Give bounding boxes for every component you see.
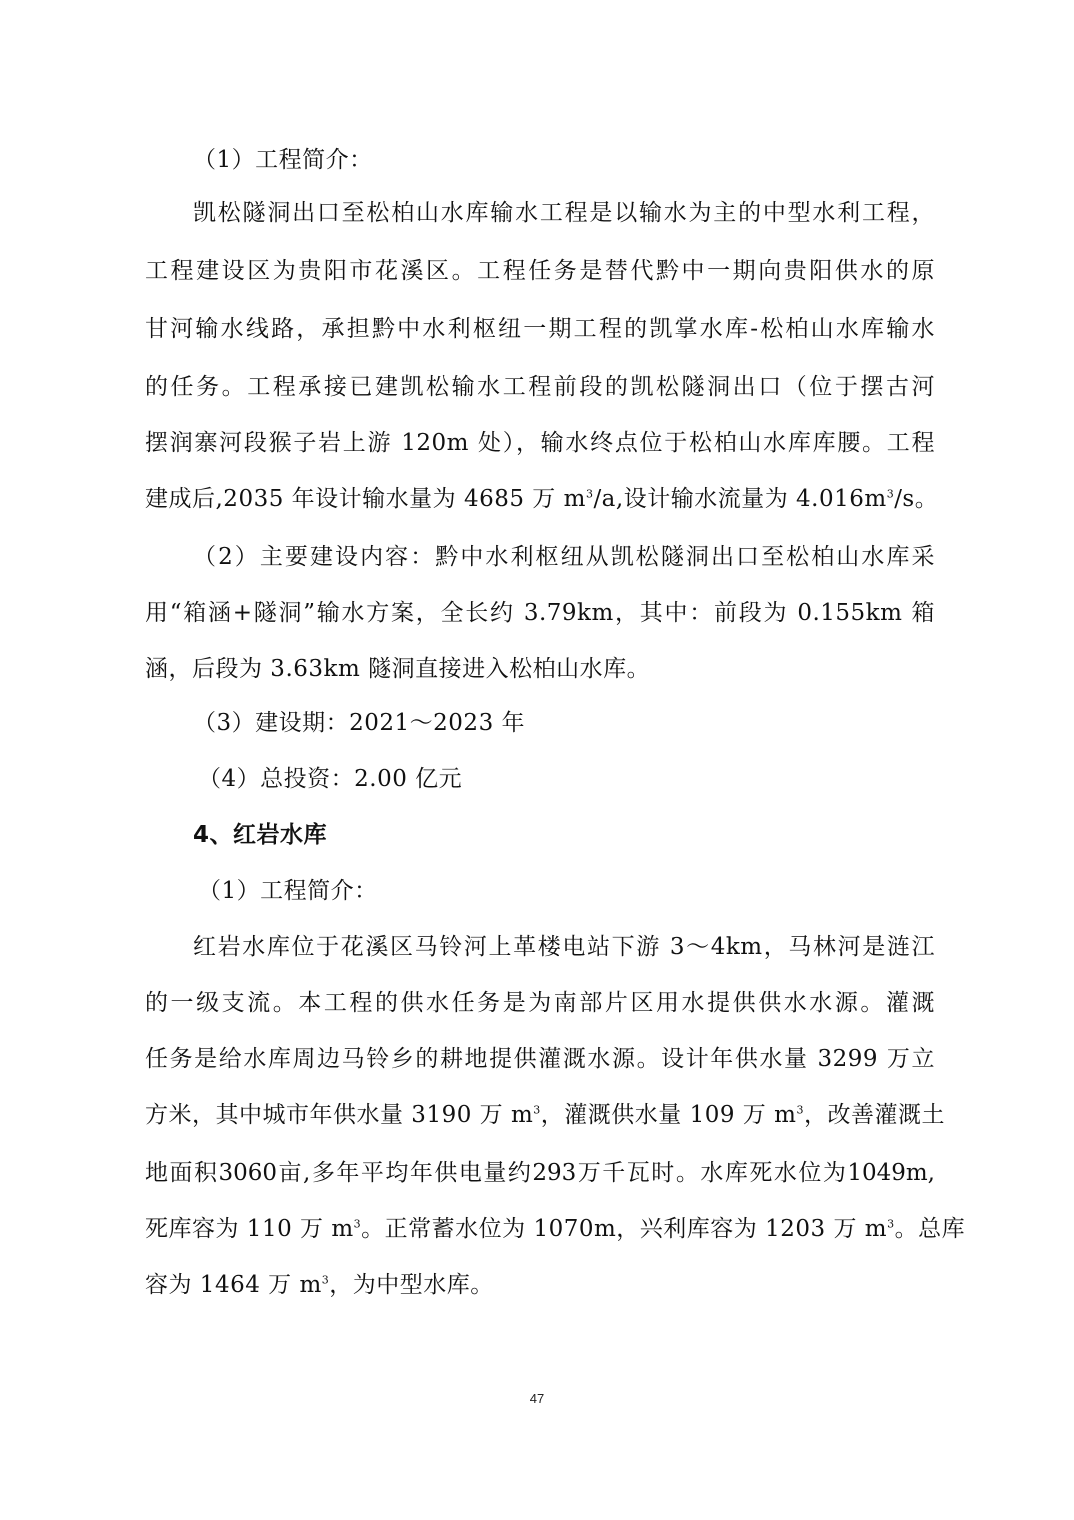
text-fragment: ，灌溉供水量 109 万 m (541, 1102, 797, 1128)
superscript: 3 (533, 1103, 541, 1116)
text-fragment: 死库容为 110 万 m (145, 1216, 354, 1242)
subheading-project-intro: （1）工程简介： (193, 145, 373, 175)
paragraph-line: 甘河输水线路，承担黔中水利枢纽一期工程的凯掌水库-松柏山水库输水 (145, 314, 935, 344)
paragraph-line: 的任务。工程承接已建凯松输水工程前段的凯松隧洞出口（位于摆古河 (145, 372, 935, 402)
text-fragment: ，改善灌溉土 (804, 1102, 945, 1128)
paragraph-line: 凯松隧洞出口至松柏山水库输水工程是以输水为主的中型水利工程， (193, 198, 935, 228)
paragraph-line: 用“箱涵+隧洞”输水方案，全长约 3.79km，其中：前段为 0.155km 箱 (145, 598, 935, 628)
paragraph-line: 涵，后段为 3.63km 隧洞直接进入松柏山水库。 (145, 654, 650, 684)
paragraph-line: 红岩水库位于花溪区马铃河上革楼电站下游 3～4km，马林河是涟江 (193, 932, 935, 962)
paragraph-line: （2）主要建设内容：黔中水利枢纽从凯松隧洞出口至松柏山水库采 (193, 542, 935, 572)
section-heading: 4、红岩水库 (193, 820, 327, 850)
page-number: 47 (0, 1391, 1074, 1406)
text-fragment: 建成后,2035 年设计输水量为 4685 万 m (145, 486, 586, 512)
paragraph-line: 的一级支流。本工程的供水任务是为南部片区用水提供供水水源。灌溉 (145, 988, 935, 1018)
text-fragment: 。正常蓄水位为 1070m，兴利库容为 1203 万 m (361, 1216, 887, 1242)
paragraph-line: 方米，其中城市年供水量 3190 万 m3，灌溉供水量 109 万 m3，改善灌… (145, 1100, 935, 1130)
superscript: 3 (796, 1103, 804, 1116)
paragraph-line: 工程建设区为贵阳市花溪区。工程任务是替代黔中一期向贵阳供水的原 (145, 256, 935, 286)
paragraph-line: 摆润寨河段猴子岩上游 120m 处），输水终点位于松柏山水库库腰。工程 (145, 428, 935, 458)
text-fragment: 容为 1464 万 m (145, 1272, 322, 1298)
text-fragment: 方米，其中城市年供水量 3190 万 m (145, 1102, 533, 1128)
paragraph-line: 地面积3060亩,多年平均年供电量约293万千瓦时。水库死水位为1049m, (145, 1158, 935, 1188)
paragraph-line: 死库容为 110 万 m3。正常蓄水位为 1070m，兴利库容为 1203 万 … (145, 1214, 965, 1244)
text-fragment: 。总库 (895, 1216, 966, 1242)
text-fragment: ，为中型水库。 (329, 1272, 494, 1298)
paragraph-line: 容为 1464 万 m3，为中型水库。 (145, 1270, 494, 1300)
text-fragment: /a,设计输水流量为 4.016m (593, 486, 886, 512)
total-investment: （4）总投资：2.00 亿元 (198, 764, 462, 794)
subheading-project-intro: （1）工程简介： (198, 876, 378, 906)
superscript: 3 (887, 1217, 895, 1230)
text-fragment: /s。 (894, 486, 938, 512)
construction-period: （3）建设期：2021～2023 年 (193, 708, 525, 738)
document-page: （1）工程简介： 凯松隧洞出口至松柏山水库输水工程是以输水为主的中型水利工程， … (0, 0, 1074, 1520)
paragraph-line: 建成后,2035 年设计输水量为 4685 万 m3/a,设计输水流量为 4.0… (145, 484, 938, 514)
paragraph-line: 任务是给水库周边马铃乡的耕地提供灌溉水源。设计年供水量 3299 万立 (145, 1044, 935, 1074)
